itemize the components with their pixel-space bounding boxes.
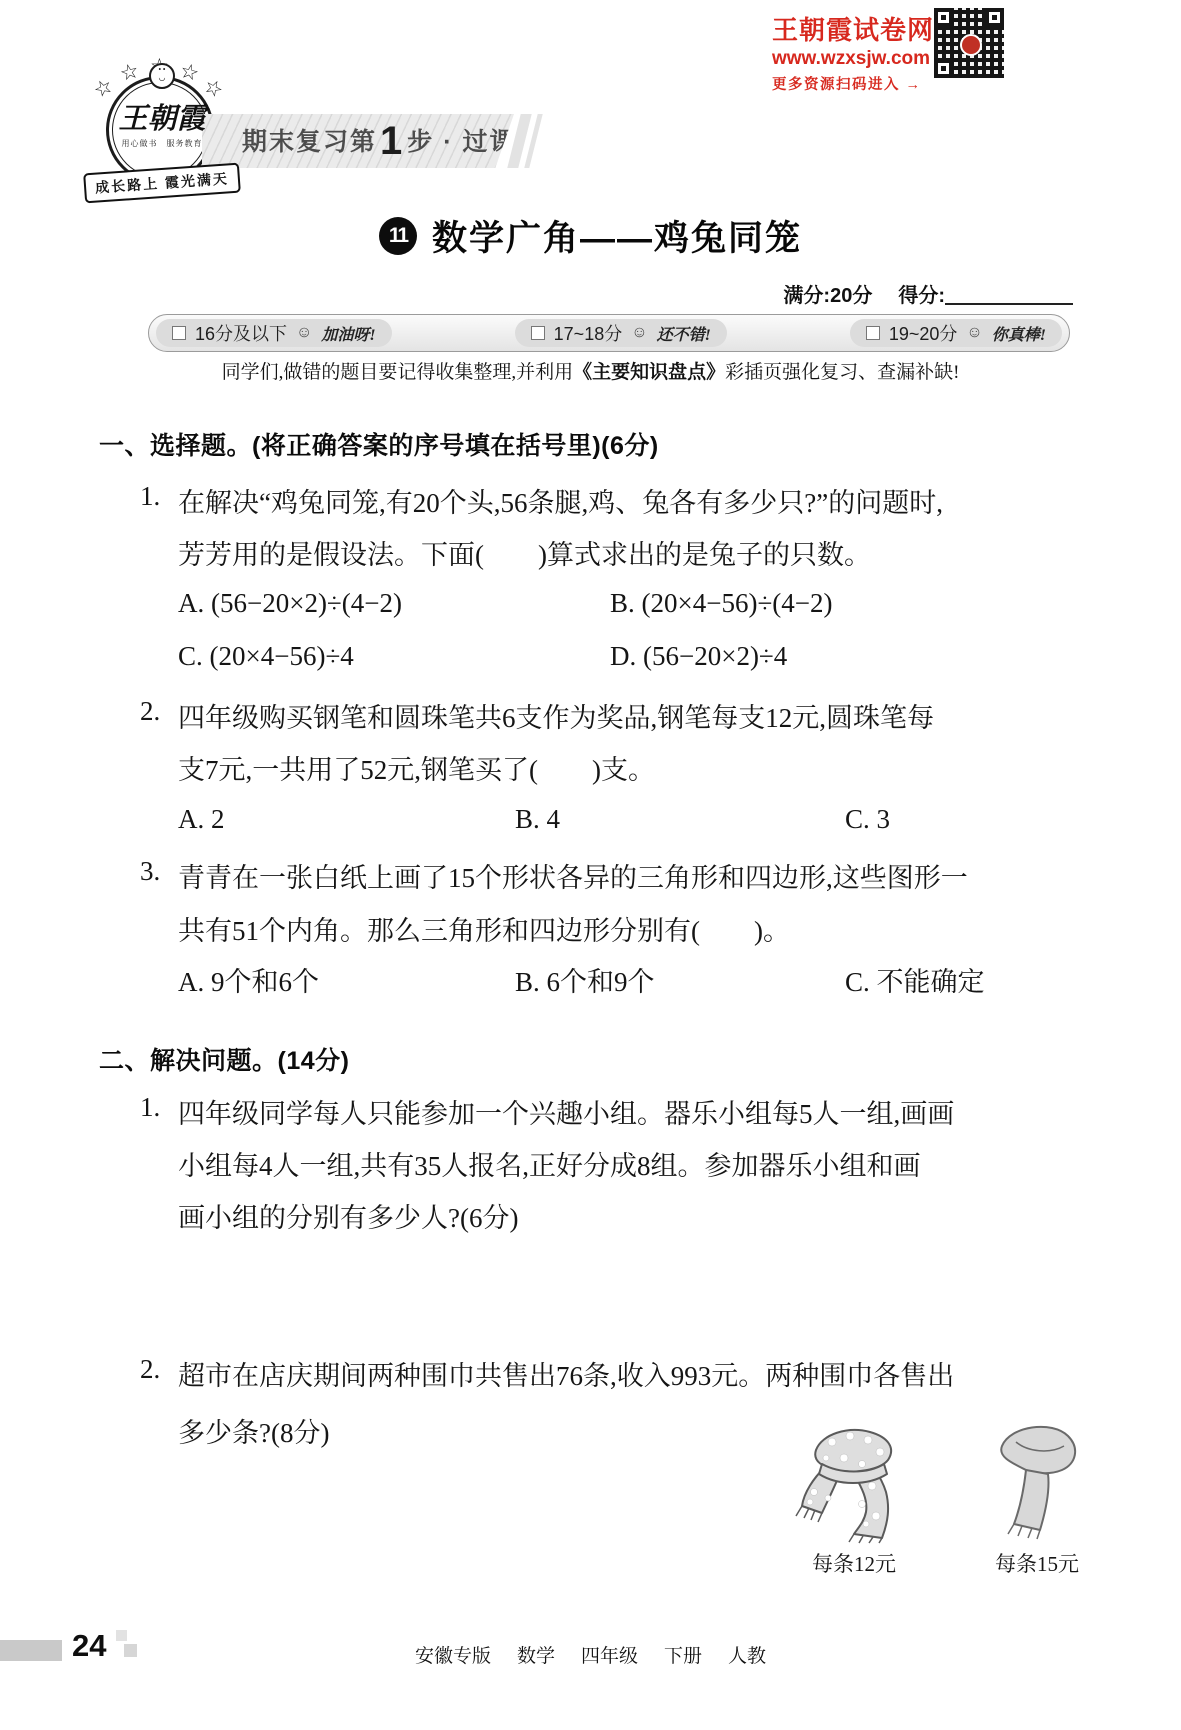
edition-grade: 四年级 <box>581 1646 638 1667</box>
option-b: B. 6个和9个 <box>515 960 655 999</box>
option-a: A. 9个和6个 <box>178 960 319 999</box>
score-band-segment-mid: 17~18分 ☺ 还不错! <box>515 319 727 347</box>
question-text: 芳芳用的是假设法。下面( )算式求出的是兔子的只数。 <box>178 533 871 572</box>
question-number: 2. <box>140 1354 160 1385</box>
publisher-tagline: 更多资源扫码进入 → <box>772 73 932 94</box>
badge-slogan: 用心做书 服务教育 <box>92 138 232 149</box>
star-icon: ☆ <box>90 75 116 102</box>
score-band: 16分及以下 ☺ 加油呀! 17~18分 ☺ 还不错! 19~20分 ☺ 你真棒… <box>148 314 1070 352</box>
notice-pre: 同学们,做错的题目要记得收集整理,并利用 <box>222 362 574 383</box>
question-text: 在解决“鸡兔同笼,有20个头,56条腿,鸡、兔各有多少只?”的问题时, <box>178 481 943 520</box>
option-b: B. 4 <box>515 804 560 835</box>
page-title: 11 数学广角——鸡兔同笼 <box>0 211 1181 261</box>
score-band-segment-high: 19~20分 ☺ 你真棒! <box>850 319 1062 347</box>
scarf-price-label: 每条12元 <box>783 1548 925 1578</box>
edition-publisher: 人教 <box>728 1646 766 1667</box>
option-a: A. 2 <box>178 804 225 835</box>
score-range-label: 19~20分 <box>889 320 958 346</box>
lesson-number-badge: 11 <box>379 217 417 255</box>
score-range-checkbox[interactable] <box>172 326 186 340</box>
scarf-dotted-image <box>788 1416 920 1544</box>
notice-line: 同学们,做错的题目要记得收集整理,并利用《主要知识盘点》彩插页强化复习、查漏补缺… <box>0 357 1181 384</box>
qr-finder-icon <box>934 8 953 27</box>
score-comment: 加油呀! <box>321 322 375 345</box>
question-text: 四年级同学每人只能参加一个兴趣小组。器乐小组每5人一组,画画 <box>178 1092 954 1131</box>
publisher-name: 王朝霞试卷网 <box>772 10 932 47</box>
publisher-url: www.wzxsjw.com <box>772 48 932 70</box>
score-range-checkbox[interactable] <box>531 326 545 340</box>
question-text: 共有51个内角。那么三角形和四边形分别有( )。 <box>178 909 790 948</box>
score-range-label: 16分及以下 <box>195 320 287 346</box>
scarf-price-label: 每条15元 <box>972 1548 1102 1578</box>
score-range-label: 17~18分 <box>554 320 623 346</box>
question-text: 超市在店庆期间两种围巾共售出76条,收入993元。两种围巾各售出 <box>178 1354 954 1393</box>
smiley-icon: ☺ <box>631 325 647 341</box>
question-text: 小组每4人一组,共有35人报名,正好分成8组。参加器乐小组和画 <box>178 1144 921 1183</box>
question-number: 1. <box>140 1092 160 1123</box>
question-text: 画小组的分别有多少人?(6分) <box>178 1196 518 1235</box>
option-b: B. (20×4−56)÷(4−2) <box>610 588 832 619</box>
smiley-icon: ☺ <box>966 325 982 341</box>
section2-heading: 二、解决问题。(14分) <box>99 1041 349 1077</box>
question-text: 四年级购买钢笔和圆珠笔共6支作为奖品,钢笔每支12元,圆珠笔每 <box>178 696 934 735</box>
question-text: 多少条?(8分) <box>178 1411 329 1450</box>
edition-region: 安徽专版 <box>415 1646 491 1667</box>
score-line: 满分:20分得分: <box>783 279 1073 308</box>
score-band-segment-low: 16分及以下 ☺ 加油呀! <box>156 319 392 347</box>
edition-subject: 数学 <box>517 1646 555 1667</box>
option-c: C. (20×4−56)÷4 <box>178 641 354 672</box>
question-text: 青青在一张白纸上画了15个形状各异的三角形和四边形,这些图形一 <box>178 856 968 895</box>
notice-book-title: 《主要知识盘点》 <box>573 362 725 383</box>
full-score-label: 满分:20分 <box>783 285 872 307</box>
score-comment: 你真棒! <box>992 322 1046 345</box>
banner-prefix: 期末复习第 <box>242 128 377 156</box>
option-d: D. (56−20×2)÷4 <box>610 641 787 672</box>
worksheet-page: 王朝霞试卷网 www.wzxsjw.com 更多资源扫码进入 → ☆ ☆ ☆ ☆… <box>0 0 1181 1730</box>
banner-step-number: 1 <box>377 119 407 163</box>
lesson-title: 数学广角——鸡兔同笼 <box>432 211 802 261</box>
qr-finder-icon <box>985 8 1004 27</box>
smiley-icon: ☺ <box>296 325 312 341</box>
option-c: C. 不能确定 <box>845 960 985 999</box>
score-blank <box>945 283 1073 305</box>
score-label: 得分: <box>898 285 945 307</box>
edition-volume: 下册 <box>664 1646 702 1667</box>
step-banner: 期末复习第1步 · 过课本 <box>202 114 514 168</box>
footer-decoration <box>116 1630 127 1641</box>
qr-emblem-icon <box>960 34 982 56</box>
badge-brand-name: 王朝霞 <box>118 96 205 137</box>
notice-post: 彩插页强化复习、查漏补缺! <box>725 362 959 383</box>
section1-heading: 一、选择题。(将正确答案的序号填在括号里)(6分) <box>99 426 659 462</box>
badge-ribbon: 成长路上 霞光满天 <box>83 163 241 204</box>
edition-info: 安徽专版数学四年级下册人教 <box>0 1641 1181 1668</box>
option-c: C. 3 <box>845 804 890 835</box>
question-number: 1. <box>140 481 160 512</box>
question-number: 2. <box>140 696 160 727</box>
scarf-plain-image <box>980 1412 1094 1544</box>
step-banner-text: 期末复习第1步 · 过课本 <box>202 114 514 169</box>
option-a: A. (56−20×2)÷(4−2) <box>178 588 402 619</box>
publisher-block: 王朝霞试卷网 www.wzxsjw.com 更多资源扫码进入 → <box>772 10 932 94</box>
score-comment: 还不错! <box>657 322 711 345</box>
qr-finder-icon <box>934 59 953 78</box>
face-icon <box>149 63 175 89</box>
question-number: 3. <box>140 856 160 887</box>
qr-code-icon <box>934 8 1004 78</box>
score-range-checkbox[interactable] <box>866 326 880 340</box>
question-text: 支7元,一共用了52元,钢笔买了( )支。 <box>178 748 655 787</box>
